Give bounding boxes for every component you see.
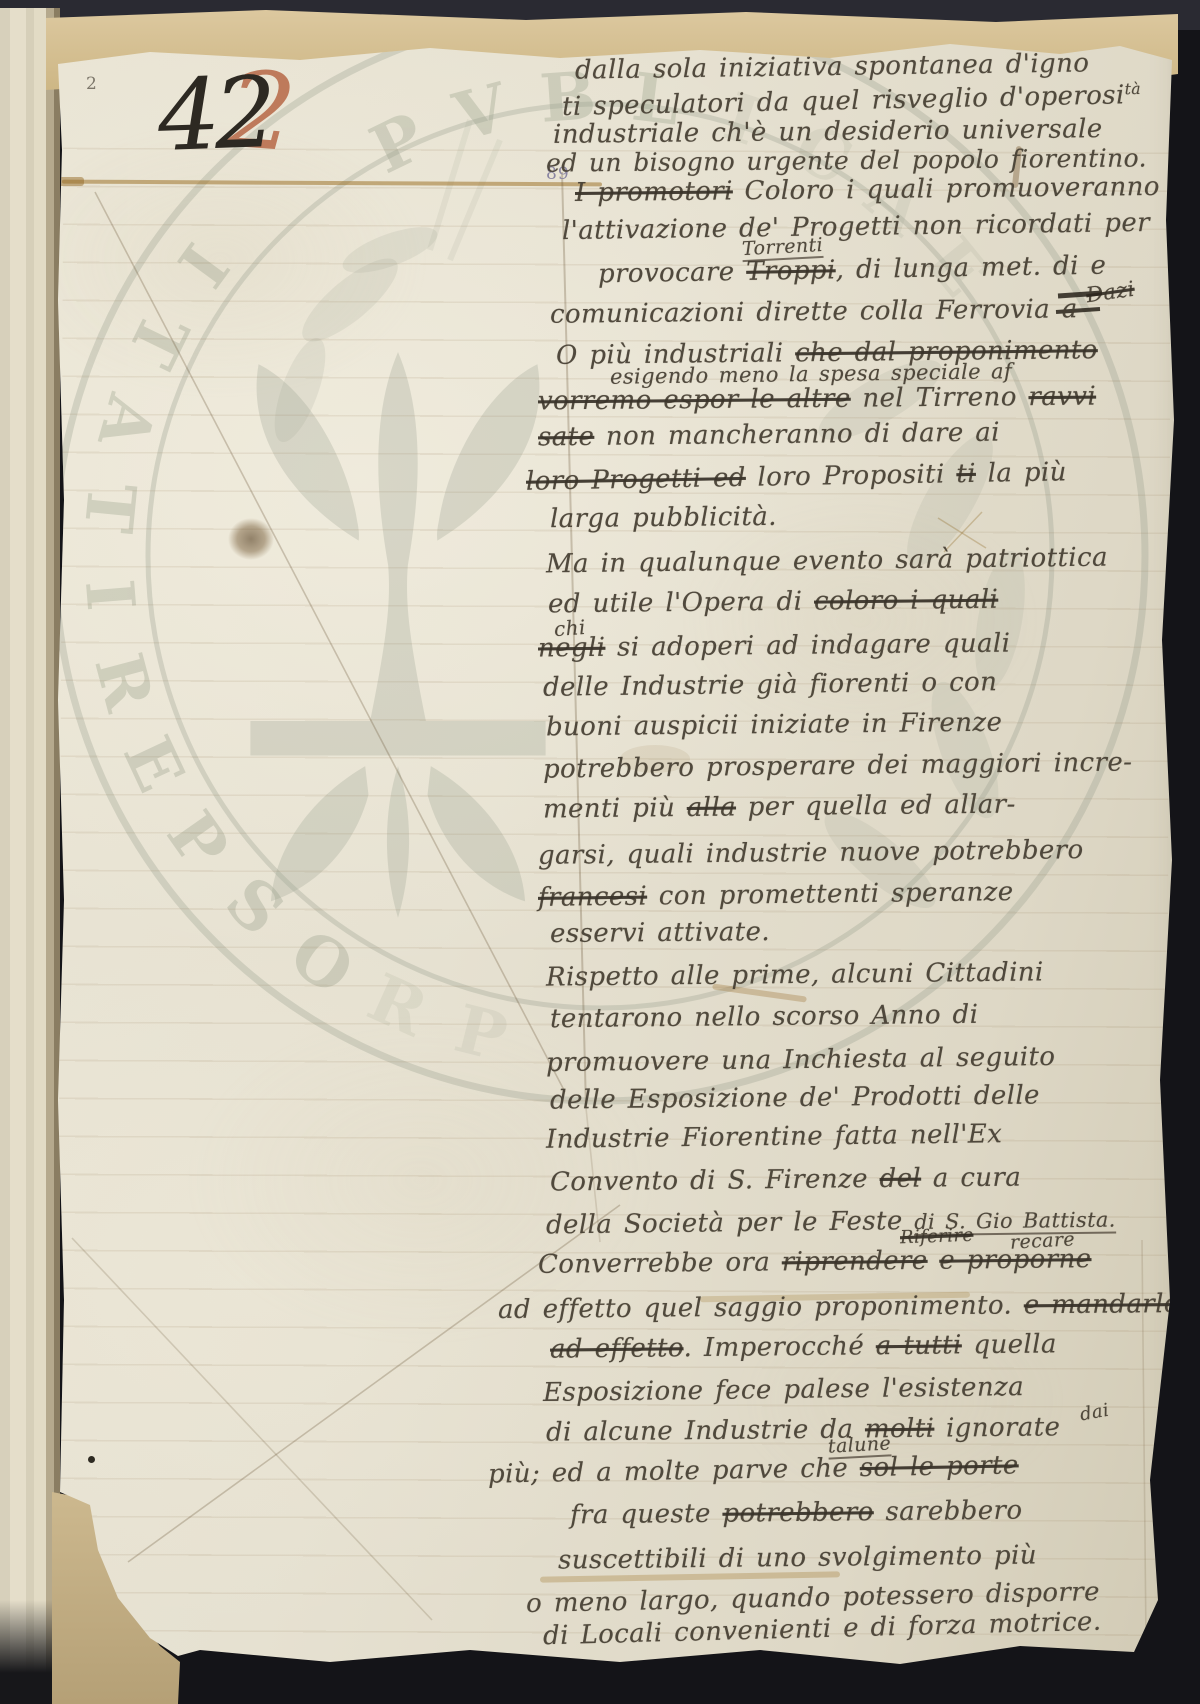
manuscript-line: ed utile l'Opera di coloro i quali (548, 585, 999, 620)
text-segment: con promettenti speranze (647, 877, 1014, 911)
text-segment: menti più (543, 793, 687, 825)
struck-text: e mandarlo (1024, 1289, 1180, 1320)
manuscript-line: comunicazioni dirette colla Ferrovia a (550, 294, 1078, 330)
text-segment: Convento di S. Firenze (550, 1164, 880, 1197)
manuscript-line: Ma in qualunque evento sarà patriottica (546, 543, 1108, 580)
text-segment: a cura (921, 1163, 1021, 1194)
struck-text: loro Progetti ed (526, 463, 746, 497)
struck-text: ravvi (1028, 382, 1096, 413)
struck-text: ti (956, 459, 976, 489)
text-segment: la più (976, 457, 1067, 489)
marginal-insert: dai (1078, 1400, 1110, 1426)
text-segment: Converrebbe ora (538, 1247, 782, 1280)
manuscript-line: ad effetto quel saggio proponimento. e m… (498, 1289, 1180, 1325)
struck-text: vorremo espor le altre (538, 384, 851, 417)
marginal-insert: chi (553, 615, 586, 641)
text-segment: nel Tirreno (851, 382, 1029, 414)
manuscript-line: fra queste potrebbero sarebbero (570, 1496, 1023, 1531)
text-segment: tà (1124, 80, 1141, 98)
text-segment: fra queste (570, 1499, 723, 1531)
manuscript-line: Converrebbe ora riprendere e proporne (538, 1244, 1092, 1280)
text-segment: esservi attivate. (550, 917, 770, 949)
text-segment: Esposizione fece palese l'esistenza (543, 1372, 1024, 1408)
text-segment: comunicazioni dirette colla Ferrovia a (550, 294, 1078, 330)
text-segment: di alcune Industrie da (546, 1414, 865, 1447)
manuscript-line: sate non mancheranno di dare ai (538, 418, 1000, 453)
text-segment: ad effetto quel saggio proponimento. (498, 1290, 1024, 1325)
text-segment: l'attivazione de' Progetti non ricordati… (562, 208, 1150, 246)
text-segment: loro Propositi (746, 459, 957, 493)
manuscript-line: suscettibili di uno svolgimento più (558, 1540, 1037, 1575)
struck-text: francesi (538, 882, 647, 913)
folio-number: 42 (156, 56, 273, 174)
struck-text: potrebbero (722, 1497, 874, 1529)
text-segment: Rispetto alle prime, alcuni Cittadini (546, 957, 1044, 992)
manuscript-line: di alcune Industrie da molti ignorate (546, 1412, 1061, 1447)
manuscript-line: Esposizione fece palese l'esistenza (543, 1372, 1024, 1408)
manuscript-page: PROSPERITATIPVBLICAE (0, 0, 1200, 1704)
struck-text: coloro i quali (814, 585, 999, 617)
manuscript-line: buoni auspicii iniziate in Firenze (546, 708, 1003, 743)
manuscript-line: delle Esposizione de' Prodotti delle (550, 1080, 1040, 1115)
manuscript-line: menti più alla per quella ed allar- (543, 790, 1016, 825)
text-segment: Ma in qualunque evento sarà patriottica (546, 543, 1108, 580)
text-segment: buoni auspicii iniziate in Firenze (546, 708, 1003, 743)
text-segment: delle Industrie già fiorenti o con (543, 667, 998, 703)
text-segment: . Imperocché (683, 1331, 876, 1363)
handwritten-text: dalla sola iniziativa spontanea d'ignoti… (0, 0, 1200, 1704)
marginal-insert: Dazi (1085, 277, 1137, 308)
manuscript-line: provocare Troppi, di lunga met. di e (598, 251, 1107, 290)
struck-text: alla (687, 792, 737, 823)
struck-text: del (879, 1164, 921, 1194)
text-segment: non mancheranno di dare ai (594, 418, 1000, 452)
text-segment: promuovere una Inchiesta al seguito (546, 1042, 1056, 1078)
text-segment: si adoperi ad indagare quali (605, 629, 1010, 663)
marginal-insert: Torrenti (741, 234, 823, 262)
manuscript-line: Industrie Fiorentine fatta nell'Ex (546, 1119, 1003, 1155)
manuscript-scan: PROSPERITATIPVBLICAE (0, 0, 1200, 1704)
marginal-insert: talune (827, 1432, 891, 1459)
struck-text: riprendere (782, 1246, 928, 1278)
text-segment: della Società per le Feste (546, 1206, 915, 1240)
manuscript-line: I promotori Coloro i quali promuoveranno (575, 172, 1160, 208)
text-segment: per quella ed allar- (736, 790, 1016, 823)
text-segment: più; ed a molte parve che (488, 1453, 860, 1489)
manuscript-line: vorremo espor le altre nel Tirreno ravvi (538, 382, 1096, 417)
text-segment: provocare (598, 257, 747, 290)
manuscript-line: tentarono nello scorso Anno di (550, 1000, 979, 1034)
manuscript-line: larga pubblicità. (550, 502, 777, 534)
text-segment: quella (962, 1329, 1057, 1360)
manuscript-line: delle Industrie già fiorenti o con (543, 667, 998, 703)
manuscript-line: Convento di S. Firenze del a cura (550, 1163, 1022, 1198)
text-segment: sarebbero (874, 1496, 1023, 1528)
struck-text: ad effetto (550, 1333, 684, 1364)
marginal-insert: Riferire (900, 1225, 974, 1249)
manuscript-line: ad effetto. Imperocché a tutti quella (550, 1329, 1057, 1364)
text-segment: ignorate (934, 1412, 1060, 1443)
manuscript-line: l'attivazione de' Progetti non ricordati… (562, 208, 1150, 246)
text-segment: larga pubblicità. (550, 502, 777, 534)
book-page-edges (0, 8, 60, 1704)
manuscript-line: esservi attivate. (550, 917, 770, 949)
manuscript-line: loro Progetti ed loro Propositi ti la pi… (526, 457, 1067, 496)
manuscript-line: negli si adoperi ad indagare quali (538, 629, 1011, 664)
manuscript-line: promuovere una Inchiesta al seguito (546, 1042, 1056, 1078)
manuscript-line: più; ed a molte parve che sol le porte (488, 1450, 1019, 1489)
text-segment (927, 1246, 939, 1276)
marginal-insert: recare (1009, 1228, 1075, 1253)
text-segment: , di lunga met. di e (835, 251, 1106, 286)
manuscript-line: francesi con promettenti speranze (538, 877, 1014, 913)
struck-text: sate (538, 422, 595, 453)
manuscript-line: potrebbero prosperare dei maggiori incre… (543, 747, 1133, 784)
struck-text: a tutti (876, 1330, 962, 1361)
book-gutter-shadow (0, 1600, 60, 1704)
text-segment: suscettibili di uno svolgimento più (558, 1540, 1037, 1575)
text-segment: garsi, quali industrie nuove potrebbero (538, 835, 1084, 871)
text-segment: ed utile l'Opera di (548, 587, 814, 620)
struck-text: I promotori (575, 176, 733, 208)
text-segment: Industrie Fiorentine fatta nell'Ex (546, 1119, 1003, 1155)
text-segment: tentarono nello scorso Anno di (550, 1000, 979, 1034)
text-segment: delle Esposizione de' Prodotti delle (550, 1080, 1040, 1115)
text-segment: Coloro i quali promuoveranno (733, 172, 1160, 206)
manuscript-line: Rispetto alle prime, alcuni Cittadini (546, 957, 1044, 992)
text-segment: potrebbero prosperare dei maggiori incre… (543, 747, 1133, 784)
manuscript-line: garsi, quali industrie nuove potrebbero (538, 835, 1084, 871)
